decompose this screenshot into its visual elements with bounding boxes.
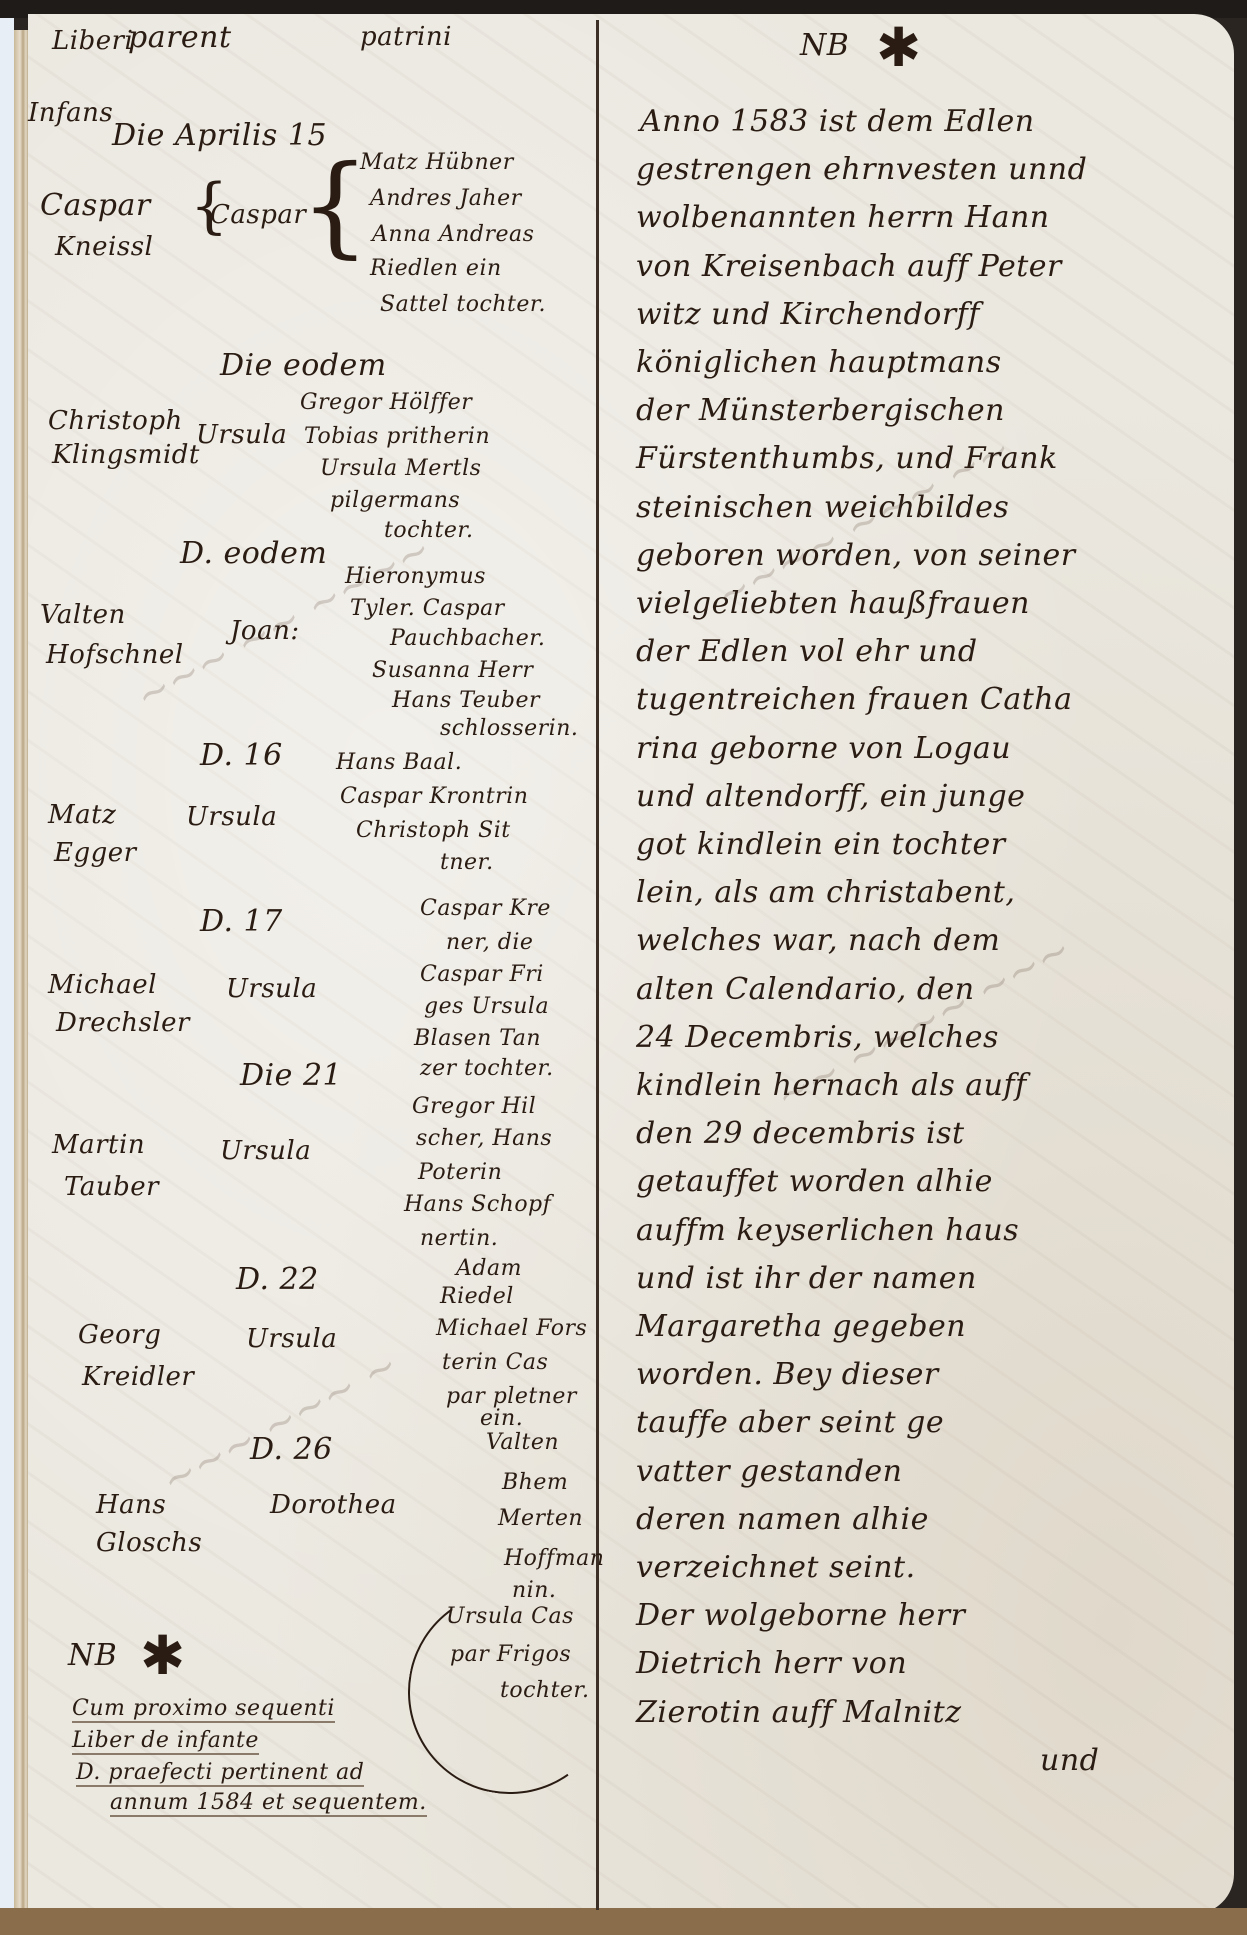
text-line: rina geborne von Logau: [636, 731, 1011, 766]
godparent: tochter.: [384, 518, 474, 543]
nota-bene-mark: NB: [800, 28, 849, 63]
text-line: und: [1040, 1743, 1099, 1778]
godparent: ein.: [480, 1406, 523, 1431]
godparent: Caspar Kre: [420, 896, 551, 921]
godparent: pilgermans: [330, 488, 460, 513]
text-line: worden. Bey dieser: [636, 1357, 939, 1392]
godparent: Valten: [486, 1430, 559, 1455]
godparent: Anna Andreas: [372, 222, 534, 247]
header-liberi: Liberi: [52, 26, 133, 56]
godparent: terin Cas: [442, 1350, 548, 1375]
note-line: Liber de infante: [72, 1728, 259, 1755]
text-line: der Edlen vol ehr und: [636, 634, 978, 669]
godparent: Riedlen ein: [370, 256, 502, 281]
header-patrini: patrini: [360, 22, 452, 52]
text-line: alten Calendario, den: [636, 972, 975, 1007]
text-line: tauffe aber seint ge: [636, 1405, 944, 1440]
child-name: Ursula: [220, 1136, 311, 1166]
text-line: 24 Decembris, welches: [636, 1020, 999, 1055]
book-edge-bottom: [0, 1908, 1247, 1935]
father-surname: Gloschs: [96, 1528, 202, 1558]
father-surname: Kreidler: [82, 1362, 194, 1392]
godparent: Michael Fors: [436, 1316, 587, 1341]
note-line: Cum proximo sequenti: [72, 1696, 335, 1723]
entry-date: D. eodem: [180, 536, 327, 571]
text-line: deren namen alhie: [636, 1502, 929, 1537]
text-line: geboren worden, von seiner: [636, 538, 1076, 573]
child-name: Ursula: [246, 1324, 337, 1354]
text-line: Der wolgeborne herr: [636, 1598, 965, 1633]
text-line: witz und Kirchendorff: [636, 297, 980, 332]
godparent: Andres Jaher: [370, 186, 522, 211]
text-line: tugentreichen frauen Catha: [636, 682, 1073, 717]
text-line: welches war, nach dem: [636, 923, 1000, 958]
text-line: den 29 decembris ist: [636, 1116, 965, 1151]
father-surname: Egger: [54, 838, 137, 868]
godparent: Gregor Hölffer: [300, 390, 472, 415]
godparent: scher, Hans: [416, 1126, 552, 1151]
father-first-name: Georg: [78, 1320, 161, 1350]
godparent: Susanna Herr: [372, 658, 533, 683]
father-surname: Kneissl: [55, 232, 153, 262]
godparent: Christoph Sit: [356, 818, 511, 843]
text-line: königlichen hauptmans: [636, 345, 1002, 380]
father-surname: Klingsmidt: [52, 440, 200, 470]
column-divider-line: [596, 20, 599, 1910]
father-surname: Hofschnel: [46, 640, 184, 670]
text-line: steinischen weichbildes: [636, 490, 1009, 525]
godparent: zer tochter.: [420, 1056, 554, 1081]
godparent: Sattel tochter.: [380, 292, 546, 317]
godparent: Hoffman: [504, 1546, 604, 1571]
godparent: Blasen Tan: [414, 1026, 541, 1051]
text-line: wolbenannten herrn Hann: [636, 200, 1050, 235]
text-line: got kindlein ein tochter: [636, 827, 1006, 862]
header-infans: Infans: [28, 98, 113, 128]
text-line: Anno 1583 ist dem Edlen: [640, 104, 1035, 139]
note-line: annum 1584 et sequentem.: [110, 1790, 427, 1817]
note-line: D. praefecti pertinent ad: [76, 1760, 364, 1787]
godparent: Tyler. Caspar: [350, 596, 505, 621]
godparent: Hieronymus: [345, 564, 486, 589]
text-line: Dietrich herr von: [636, 1646, 907, 1681]
godparent: Pauchbacher.: [390, 626, 545, 651]
text-line: getauffet worden alhie: [636, 1164, 993, 1199]
godparent: Merten: [498, 1506, 583, 1531]
child-name: Joan:: [230, 616, 300, 646]
godparent: Tobias pritherin: [304, 424, 490, 449]
father-first-name: Matz: [48, 800, 116, 830]
godparent: Gregor Hil: [412, 1094, 536, 1119]
child-name: Caspar: [210, 200, 306, 230]
entry-date: D. 26: [250, 1432, 333, 1467]
godparent: Ursula Mertls: [320, 456, 481, 481]
godparent: schlosserin.: [440, 716, 578, 741]
text-line: gestrengen ehrnvesten unnd: [636, 152, 1087, 187]
father-surname: Tauber: [64, 1172, 159, 1202]
text-line: kindlein hernach als auff: [636, 1068, 1027, 1103]
text-line: vatter gestanden: [636, 1454, 902, 1489]
godparent: Hans Schopf: [404, 1192, 551, 1217]
text-line: Zierotin auff Malnitz: [636, 1695, 962, 1730]
entry-date: D. 17: [200, 904, 283, 939]
godparent: ges Ursula: [424, 994, 549, 1019]
godparent: nertin.: [420, 1226, 498, 1251]
godparent: Caspar Krontrin: [340, 784, 528, 809]
entry-date: D. 22: [236, 1262, 319, 1297]
father-surname: Drechsler: [56, 1008, 190, 1038]
godparent: Hans Baal.: [336, 750, 462, 775]
entry-date: D. 16: [200, 738, 283, 773]
father-first-name: Martin: [52, 1130, 145, 1160]
father-first-name: Hans: [96, 1490, 166, 1520]
father-first-name: Michael: [48, 970, 157, 1000]
father-first-name: Christoph: [48, 406, 183, 436]
text-line: und ist ihr der namen: [636, 1261, 977, 1296]
godparent: Adam: [456, 1256, 522, 1281]
godparent: Matz Hübner: [360, 150, 514, 175]
text-line: der Münsterbergischen: [636, 393, 1005, 428]
asterisk-mark-icon: ✱: [140, 1624, 185, 1687]
godparent: ner, die: [446, 930, 533, 955]
godparent: Hans Teuber: [392, 688, 540, 713]
child-name: Dorothea: [270, 1490, 397, 1520]
header-parent: parent: [128, 20, 232, 55]
godparent: Poterin: [418, 1160, 502, 1185]
nota-bene-mark: NB: [68, 1638, 117, 1673]
child-name: Ursula: [196, 420, 287, 450]
text-line: von Kreisenbach auff Peter: [636, 249, 1062, 284]
entry-date: Die 21: [240, 1058, 342, 1093]
text-line: und altendorff, ein junge: [636, 779, 1025, 814]
godparent: Caspar Fri: [420, 962, 544, 987]
text-line: Margaretha gegeben: [636, 1309, 966, 1344]
entry-date: Die eodem: [220, 348, 387, 383]
asterisk-mark-icon: ✱: [876, 16, 921, 79]
father-first-name: Caspar: [40, 188, 151, 223]
child-name: Ursula: [186, 802, 277, 832]
scan-background: [0, 0, 14, 1935]
godparent: Bhem: [502, 1470, 568, 1495]
godparent: Riedel: [440, 1284, 514, 1309]
text-line: auffm keyserlichen haus: [636, 1213, 1019, 1248]
godparent: tner.: [440, 850, 494, 875]
entry-date: Die Aprilis 15: [112, 118, 327, 153]
text-line: lein, als am christabent,: [636, 875, 1015, 910]
father-first-name: Valten: [40, 600, 126, 630]
text-line: verzeichnet seint.: [636, 1550, 916, 1585]
text-line: vielgeliebten haußfrauen: [636, 586, 1030, 621]
text-line: Fürstenthumbs, und Frank: [636, 441, 1058, 476]
child-name: Ursula: [226, 974, 317, 1004]
